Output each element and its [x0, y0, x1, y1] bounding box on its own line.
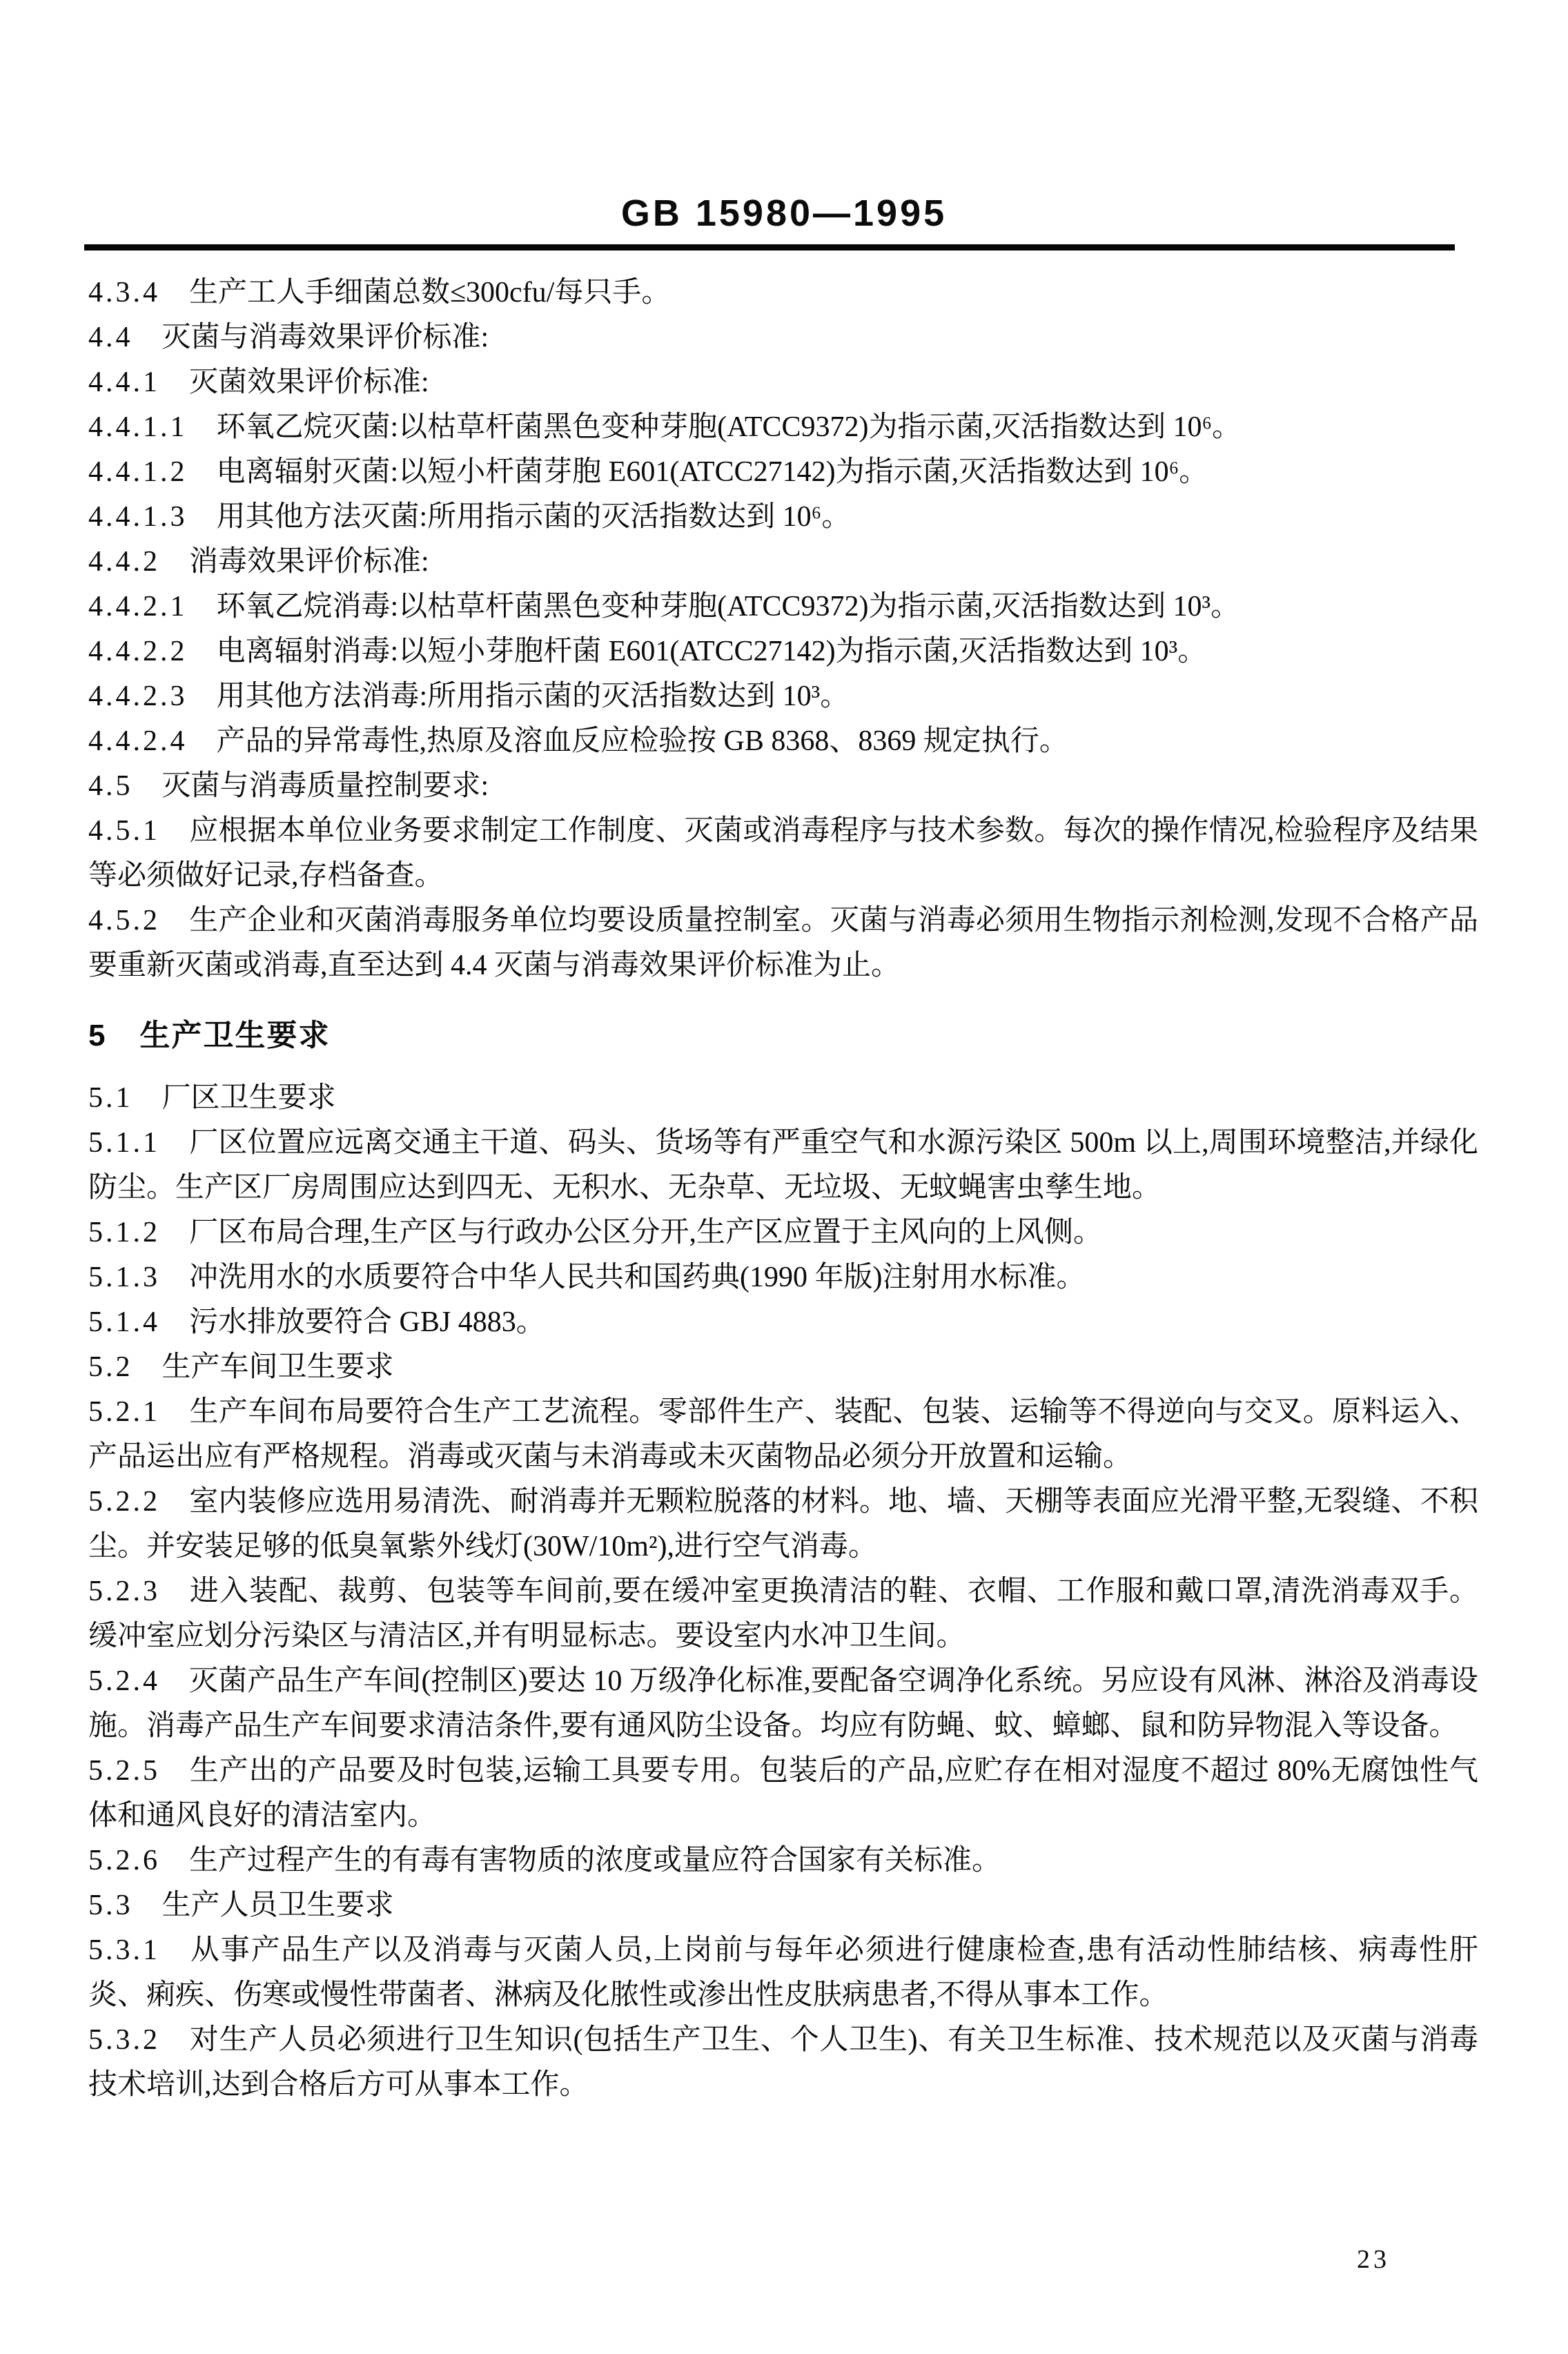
- clause-number: 5: [88, 1019, 108, 1052]
- clause-number: 4.4.1.2: [88, 456, 188, 488]
- clause-number: 5.1: [88, 1082, 133, 1114]
- clause-text: 生产过程产生的有毒有害物质的浓度或量应符合国家有关标准。: [189, 1845, 1001, 1876]
- clause-text: 生产车间布局要符合生产工艺流程。零部件生产、装配、包装、运输等不得逆向与交叉。原…: [88, 1396, 1478, 1473]
- clause-number: 4.4.1.3: [88, 501, 188, 533]
- clause-4-4: 4.4灭菌与消毒效果评价标准:: [88, 315, 1478, 360]
- clause-text: 生产企业和灭菌消毒服务单位均要设质量控制室。灭菌与消毒必须用生物指示剂检测,发现…: [88, 905, 1478, 981]
- clause-text: 生产卫生要求: [139, 1019, 330, 1052]
- clause-5-2-1: 5.2.1生产车间布局要符合生产工艺流程。零部件生产、装配、包装、运输等不得逆向…: [88, 1390, 1478, 1480]
- clause-number: 5.2.2: [88, 1486, 160, 1518]
- clause-4-5: 4.5灭菌与消毒质量控制要求:: [88, 764, 1478, 809]
- clause-number: 5.1.3: [88, 1262, 160, 1293]
- clause-text: 用其他方法灭菌:所用指示菌的灭活指数达到 10⁶。: [217, 501, 851, 533]
- clause-text: 灭菌与消毒效果评价标准:: [162, 322, 489, 353]
- clause-number: 5.2.6: [88, 1845, 160, 1876]
- clause-number: 4.4: [88, 322, 133, 353]
- clause-number: 5.2.5: [88, 1755, 160, 1787]
- clause-text: 生产人员卫生要求: [162, 1890, 394, 1921]
- clause-4-5-2: 4.5.2生产企业和灭菌消毒服务单位均要设质量控制室。灭菌与消毒必须用生物指示剂…: [88, 899, 1478, 988]
- clause-number: 4.4.2.1: [88, 591, 188, 622]
- clause-number: 5.1.4: [88, 1306, 160, 1338]
- clause-number: 5.1.2: [88, 1217, 160, 1248]
- clause-text: 进入装配、裁剪、包装等车间前,要在缓冲室更换清洁的鞋、衣帽、工作服和戴口罩,清洗…: [88, 1576, 1478, 1652]
- clause-5-1-4: 5.1.4污水排放要符合 GBJ 4883。: [88, 1300, 1478, 1345]
- clause-number: 4.4.2: [88, 546, 160, 578]
- clause-number: 5.2: [88, 1351, 133, 1383]
- clause-number: 4.4.2.2: [88, 636, 188, 667]
- clause-5-1-3: 5.1.3冲洗用水的水质要符合中华人民共和国药典(1990 年版)注射用水标准。: [88, 1255, 1478, 1300]
- clause-5-3: 5.3生产人员卫生要求: [88, 1883, 1478, 1928]
- clause-number: 4.4.1: [88, 366, 160, 398]
- clause-text: 冲洗用水的水质要符合中华人民共和国药典(1990 年版)注射用水标准。: [189, 1262, 1085, 1293]
- header-rule: [84, 244, 1455, 251]
- clause-5-3-2: 5.3.2对生产人员必须进行卫生知识(包括生产卫生、个人卫生)、有关卫生标准、技…: [88, 2018, 1478, 2108]
- standard-code: GB 15980—1995: [0, 192, 1568, 235]
- clause-text: 室内装修应选用易清洗、耐消毒并无颗粒脱落的材料。地、墙、天棚等表面应光滑平整,无…: [88, 1486, 1478, 1562]
- clause-5-2-2: 5.2.2室内装修应选用易清洗、耐消毒并无颗粒脱落的材料。地、墙、天棚等表面应光…: [88, 1480, 1478, 1569]
- clause-5-1-1: 5.1.1厂区位置应远离交通主干道、码头、货场等有严重空气和水源污染区 500m…: [88, 1121, 1478, 1210]
- clause-text: 生产车间卫生要求: [162, 1351, 394, 1383]
- clause-4-4-2-4: 4.4.2.4产品的异常毒性,热原及溶血反应检验按 GB 8368、8369 规…: [88, 719, 1478, 764]
- clause-text: 污水排放要符合 GBJ 4883。: [189, 1306, 545, 1338]
- clause-text: 厂区位置应远离交通主干道、码头、货场等有严重空气和水源污染区 500m 以上,周…: [88, 1127, 1478, 1204]
- clause-number: 5.3.1: [88, 1934, 160, 1966]
- clause-text: 从事产品生产以及消毒与灭菌人员,上岗前与每年必须进行健康检查,患有活动性肺结核、…: [88, 1934, 1478, 2011]
- clause-number: 5.2.3: [88, 1576, 160, 1607]
- section-heading-5: 5生产卫生要求: [88, 1013, 1478, 1058]
- clause-text: 电离辐射消毒:以短小芽胞杆菌 E601(ATCC27142)为指示菌,灭活指数达…: [217, 636, 1207, 667]
- clause-4-5-1: 4.5.1应根据本单位业务要求制定工作制度、灭菌或消毒程序与技术参数。每次的操作…: [88, 809, 1478, 899]
- clause-number: 4.5.2: [88, 905, 160, 936]
- clause-number: 4.4.2.3: [88, 680, 188, 712]
- clause-4-4-2-3: 4.4.2.3用其他方法消毒:所用指示菌的灭活指数达到 10³。: [88, 674, 1478, 719]
- clause-number: 4.4.2.4: [88, 725, 188, 757]
- clause-5-1-2: 5.1.2厂区布局合理,生产区与行政办公区分开,生产区应置于主风向的上风侧。: [88, 1210, 1478, 1255]
- clause-4-4-1: 4.4.1灭菌效果评价标准:: [88, 360, 1478, 405]
- clause-4-4-1-2: 4.4.1.2电离辐射灭菌:以短小杆菌芽胞 E601(ATCC27142)为指示…: [88, 450, 1478, 495]
- clause-4-4-2: 4.4.2消毒效果评价标准:: [88, 540, 1478, 585]
- clause-5-1: 5.1厂区卫生要求: [88, 1076, 1478, 1121]
- clause-5-2-4: 5.2.4灭菌产品生产车间(控制区)要达 10 万级净化标准,要配备空调净化系统…: [88, 1659, 1478, 1749]
- clause-number: 4.5: [88, 770, 133, 802]
- clause-4-4-1-1: 4.4.1.1环氧乙烷灭菌:以枯草杆菌黑色变种芽胞(ATCC9372)为指示菌,…: [88, 405, 1478, 450]
- clause-5-2: 5.2生产车间卫生要求: [88, 1345, 1478, 1390]
- clause-text: 环氧乙烷灭菌:以枯草杆菌黑色变种芽胞(ATCC9372)为指示菌,灭活指数达到 …: [217, 411, 1242, 443]
- clause-text: 对生产人员必须进行卫生知识(包括生产卫生、个人卫生)、有关卫生标准、技术规范以及…: [88, 2024, 1478, 2101]
- clause-text: 灭菌产品生产车间(控制区)要达 10 万级净化标准,要配备空调净化系统。另应设有…: [88, 1665, 1478, 1742]
- clause-5-2-6: 5.2.6生产过程产生的有毒有害物质的浓度或量应符合国家有关标准。: [88, 1838, 1478, 1883]
- clause-4-4-1-3: 4.4.1.3用其他方法灭菌:所用指示菌的灭活指数达到 10⁶。: [88, 495, 1478, 540]
- clause-4-3-4: 4.3.4生产工人手细菌总数≤300cfu/每只手。: [88, 271, 1478, 315]
- document-body: 4.3.4生产工人手细菌总数≤300cfu/每只手。 4.4灭菌与消毒效果评价标…: [88, 271, 1478, 2108]
- clause-number: 4.4.1.1: [88, 411, 188, 443]
- clause-text: 生产工人手细菌总数≤300cfu/每只手。: [189, 277, 670, 308]
- clause-number: 5.3.2: [88, 2024, 160, 2056]
- clause-5-3-1: 5.3.1从事产品生产以及消毒与灭菌人员,上岗前与每年必须进行健康检查,患有活动…: [88, 1928, 1478, 2018]
- document-page: GB 15980—1995 4.3.4生产工人手细菌总数≤300cfu/每只手。…: [0, 0, 1568, 2354]
- clause-number: 4.3.4: [88, 277, 160, 308]
- clause-5-2-3: 5.2.3进入装配、裁剪、包装等车间前,要在缓冲室更换清洁的鞋、衣帽、工作服和戴…: [88, 1569, 1478, 1659]
- clause-text: 应根据本单位业务要求制定工作制度、灭菌或消毒程序与技术参数。每次的操作情况,检验…: [88, 815, 1478, 892]
- clause-number: 4.5.1: [88, 815, 160, 847]
- clause-text: 厂区卫生要求: [162, 1082, 336, 1114]
- clause-number: 5.3: [88, 1890, 133, 1921]
- clause-4-4-2-2: 4.4.2.2电离辐射消毒:以短小芽胞杆菌 E601(ATCC27142)为指示…: [88, 629, 1478, 674]
- page-number: 23: [1357, 2244, 1390, 2275]
- clause-text: 产品的异常毒性,热原及溶血反应检验按 GB 8368、8369 规定执行。: [217, 725, 1068, 757]
- clause-text: 灭菌与消毒质量控制要求:: [162, 770, 489, 802]
- clause-5-2-5: 5.2.5生产出的产品要及时包装,运输工具要专用。包装后的产品,应贮存在相对湿度…: [88, 1749, 1478, 1838]
- clause-4-4-2-1: 4.4.2.1环氧乙烷消毒:以枯草杆菌黑色变种芽胞(ATCC9372)为指示菌,…: [88, 585, 1478, 629]
- clause-text: 消毒效果评价标准:: [189, 546, 429, 578]
- clause-text: 灭菌效果评价标准:: [189, 366, 429, 398]
- clause-text: 生产出的产品要及时包装,运输工具要专用。包装后的产品,应贮存在相对湿度不超过 8…: [88, 1755, 1478, 1832]
- clause-text: 环氧乙烷消毒:以枯草杆菌黑色变种芽胞(ATCC9372)为指示菌,灭活指数达到 …: [217, 591, 1240, 622]
- clause-number: 5.2.4: [88, 1665, 160, 1697]
- clause-text: 厂区布局合理,生产区与行政办公区分开,生产区应置于主风向的上风侧。: [189, 1217, 1102, 1248]
- clause-number: 5.2.1: [88, 1396, 160, 1428]
- clause-text: 电离辐射灭菌:以短小杆菌芽胞 E601(ATCC27142)为指示菌,灭活指数达…: [217, 456, 1208, 488]
- clause-text: 用其他方法消毒:所用指示菌的灭活指数达到 10³。: [217, 680, 850, 712]
- clause-number: 5.1.1: [88, 1127, 160, 1159]
